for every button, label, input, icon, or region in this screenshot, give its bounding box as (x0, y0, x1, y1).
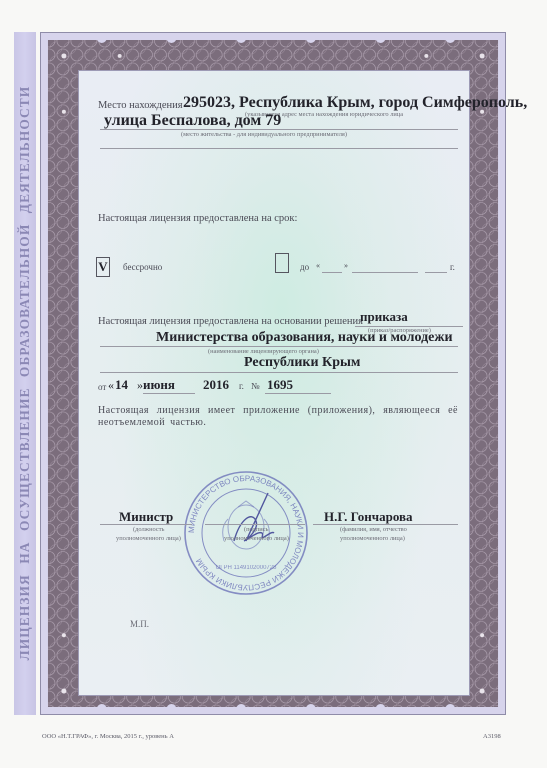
until-year-suffix: г. (450, 262, 455, 272)
signatory-name: Н.Г. Гончарова (324, 509, 413, 525)
authority-hint: (наименование лицензирующего органа) (208, 348, 319, 355)
until-label: до (300, 262, 309, 272)
number-sign: № (251, 381, 260, 391)
appendix-note: Настоящая лицензия имеет приложение (при… (98, 405, 458, 429)
official-stamp: МИНИСТЕРСТВО ОБРАЗОВАНИЯ, НАУКИ И МОЛОДЕ… (182, 469, 310, 597)
decision-month: июня (143, 377, 175, 393)
perpetual-checkbox[interactable]: V (96, 257, 110, 277)
sign-hint-2: уполномоченного лица) (224, 535, 289, 542)
signatory-position: Министр (119, 509, 173, 525)
authority-line2: Республики Крым (244, 355, 360, 371)
until-quote-close: » (344, 261, 348, 270)
authority-line1-underline (100, 346, 458, 347)
form-code: А3198 (483, 733, 501, 740)
date-prefix: от (98, 382, 106, 392)
authority-line1: Министерства образования, науки и молоде… (156, 330, 453, 346)
basis-label: Настоящая лицензия предоставлена на осно… (98, 316, 363, 327)
side-title: ЛИЦЕНЗИЯ НА ОСУЩЕСТВЛЕНИЕ ОБРАЗОВАТЕЛЬНО… (17, 86, 33, 661)
decision-day: 14 (115, 377, 128, 393)
until-month-line (352, 272, 418, 273)
decision-year: 2016 (203, 377, 229, 393)
decision-type: приказа (360, 309, 408, 325)
number-underline (265, 393, 331, 394)
location-label: Место нахождения (98, 100, 183, 111)
until-quote-open: « (316, 261, 320, 270)
location-underline (100, 129, 458, 130)
location-value-line2: улица Беспалова, дом 79 (104, 112, 281, 130)
until-date-checkbox[interactable] (275, 253, 289, 273)
sign-hint-1: (подпись (244, 526, 268, 533)
license-sheet: ЛИЦЕНЗИЯ НА ОСУЩЕСТВЛЕНИЕ ОБРАЗОВАТЕЛЬНО… (0, 0, 547, 768)
position-hint-1: (должность (133, 526, 164, 533)
authority-line2-underline (100, 372, 458, 373)
term-label: Настоящая лицензия предоставлена на срок… (98, 213, 297, 224)
day-quote-open: « (108, 378, 114, 393)
location-value-line1: 295023, Республика Крым, город Симферопо… (183, 94, 527, 112)
decision-number: 1695 (267, 377, 293, 393)
svg-text:ОГРН 1149102000728: ОГРН 1149102000728 (216, 565, 278, 571)
seal-mark: М.П. (130, 619, 149, 629)
name-underline (313, 524, 458, 525)
name-hint-2: уполномоченного лица) (340, 535, 405, 542)
perpetual-label: бессрочно (123, 262, 162, 272)
month-underline (143, 393, 195, 394)
name-hint-1: (фамилия, имя, отчество (340, 526, 407, 533)
location-underline-2 (100, 148, 458, 149)
year-suffix: г. (239, 381, 244, 391)
until-day-line (322, 272, 342, 273)
signature-underline (205, 524, 305, 525)
location-hint-individual: (место жительства - для индивидуального … (181, 131, 347, 138)
until-year-line (425, 272, 447, 273)
position-hint-2: уполномоченного лица) (116, 535, 181, 542)
printer-imprint: ООО «Н.Т.ГРАФ», г. Москва, 2015 г., уров… (42, 733, 174, 740)
position-underline (100, 524, 192, 525)
